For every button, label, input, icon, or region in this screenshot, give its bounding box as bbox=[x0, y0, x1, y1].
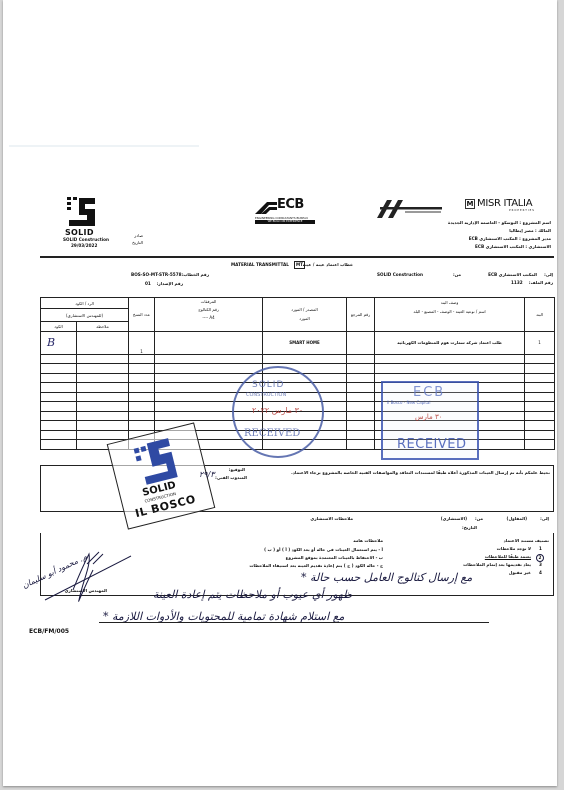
signature-scribble-icon bbox=[43, 550, 133, 610]
rep-label: المندوب الفني: bbox=[213, 475, 247, 481]
empty-cell bbox=[347, 421, 375, 431]
empty-cell bbox=[525, 373, 555, 383]
empty-cell bbox=[129, 402, 155, 412]
footer-divider bbox=[99, 622, 489, 623]
empty-table-row bbox=[41, 354, 555, 364]
code-label: يعاد تقديمها بعد إتمام الملاحظات bbox=[443, 562, 531, 568]
project-owner: المالك : مصر إيطاليا bbox=[423, 228, 551, 234]
source-title: المصدر / المورد bbox=[263, 305, 346, 314]
reply-to-value: (المقاول) bbox=[497, 516, 527, 522]
empty-cell bbox=[347, 392, 375, 402]
empty-cell bbox=[77, 383, 129, 393]
stamp-circle-middle: CONSTRUCTION bbox=[246, 392, 286, 398]
solid-logo-text: SOLID bbox=[65, 228, 94, 237]
description-title: وصف البند bbox=[375, 298, 524, 307]
ecb-logo-icon bbox=[255, 199, 277, 215]
stamp-circle-top: SOLID bbox=[252, 380, 284, 390]
empty-cell bbox=[129, 383, 155, 393]
reply-date-label: التاريخ: bbox=[453, 525, 477, 531]
misr-italia-text: MISR ITALIA bbox=[477, 198, 532, 209]
issued-label: صادر bbox=[121, 233, 143, 239]
empty-cell bbox=[375, 354, 525, 364]
col-header-copies: عدد النسخ bbox=[129, 298, 155, 332]
codes-title: تصنيف مستند الاعتماد bbox=[503, 538, 549, 544]
letter-no-label: رقم الخطاب: bbox=[179, 272, 209, 278]
to-value: المكتب الاستشاري ECB bbox=[485, 272, 537, 278]
solid-logo-icon bbox=[61, 196, 101, 230]
header-divider bbox=[40, 256, 554, 258]
project-consultant: الاستشاري : المكتب الاستشاري ECB bbox=[423, 244, 551, 250]
empty-cell bbox=[77, 430, 129, 440]
empty-cell bbox=[525, 411, 555, 421]
reply-from-value: (الاستشاري) bbox=[431, 516, 467, 522]
col-header-description: وصف البند اسم / نوعية العينة - الوصف - ا… bbox=[375, 298, 525, 332]
misr-italia-subtitle: PROPERTIES bbox=[509, 209, 535, 212]
stamp-signature: ٢٩/٣ bbox=[199, 470, 215, 479]
attachment-catalog-no: رقم الكتالوج bbox=[155, 306, 262, 314]
important-note-2: ب - الاحتفاظ بالعينات المعتمدة بموقع الم… bbox=[243, 555, 383, 561]
description-sub: اسم / نوعية العينة - الوصف - المصنع - ال… bbox=[375, 307, 524, 316]
row-copies: 1 bbox=[129, 331, 155, 354]
code-number: 3 bbox=[539, 562, 542, 568]
project-manager: مدير المشروع : المكتب الاستشاري ECB bbox=[423, 236, 551, 242]
empty-cell bbox=[129, 392, 155, 402]
ecb-logo-text: ECB bbox=[277, 197, 304, 212]
misr-italia-logo: M MISR ITALIA PROPERTIES bbox=[465, 198, 551, 212]
document-date: 29/03/2022 bbox=[71, 243, 97, 249]
empty-cell bbox=[41, 354, 77, 364]
empty-cell bbox=[525, 402, 555, 412]
table-row: B 1 SMART HOME طلب اعتماد شركة سمارت هوم… bbox=[41, 331, 555, 354]
empty-cell bbox=[525, 392, 555, 402]
empty-cell bbox=[77, 402, 129, 412]
code-label: يعتمد طبقًا للملاحظات bbox=[443, 554, 531, 560]
empty-cell bbox=[77, 421, 129, 431]
row-description: طلب اعتماد شركة سمارت هوم للمنظومات الكه… bbox=[375, 331, 525, 354]
empty-cell bbox=[77, 354, 129, 364]
col-header-code: الكود bbox=[41, 322, 77, 332]
to-label: إلى: bbox=[539, 272, 553, 278]
row-notes bbox=[77, 331, 129, 354]
empty-cell bbox=[41, 392, 77, 402]
reply-to-label: إلى: bbox=[533, 516, 549, 522]
row-item-no: 1 bbox=[525, 331, 555, 354]
empty-cell bbox=[347, 430, 375, 440]
handwritten-note-2: ظهور أي عيوب أو ملاحظات يتم إعادة العينة bbox=[153, 588, 352, 601]
empty-cell bbox=[525, 364, 555, 374]
empty-cell bbox=[347, 364, 375, 374]
col-header-source: المصدر / المورد المورد bbox=[263, 298, 347, 332]
ecb-received-stamp: ECB Il Bosco - New Capital ٣٠ مارس RECEI… bbox=[381, 381, 479, 460]
solid-construction-logo: SOLID SOLID Construction 29/03/2022 bbox=[61, 196, 101, 246]
empty-cell bbox=[347, 411, 375, 421]
empty-cell bbox=[347, 354, 375, 364]
scan-artifact bbox=[9, 145, 199, 147]
project-name: اسم المشروع : البوسكو - العاصمة الإدارية… bbox=[423, 220, 551, 226]
empty-cell bbox=[41, 430, 77, 440]
empty-cell bbox=[347, 440, 375, 450]
stamp-circle-bottom: RECEIVED bbox=[244, 428, 300, 439]
from-value: SOLID Construction bbox=[377, 272, 423, 278]
source-sub: المورد bbox=[263, 314, 346, 323]
code-label: لا توجد ملاحظات bbox=[443, 546, 531, 552]
date-label: التاريخ bbox=[121, 240, 143, 246]
stamp-circle-date: ٣٠ مارس ٢٠٢٢ bbox=[252, 406, 303, 415]
col-header-action: الرد / الكود bbox=[41, 298, 129, 309]
submission-no-label: رقم الإصدار: bbox=[153, 281, 183, 287]
form-title-en: MATERIAL TRANSMITTAL bbox=[231, 262, 289, 268]
stamp-rect-bottom: RECEIVED bbox=[397, 437, 467, 452]
empty-cell bbox=[155, 354, 263, 364]
table-header-row: الرد / الكود عدد النسخ المرفقات رقم الكت… bbox=[41, 298, 555, 309]
code-number: 1 bbox=[539, 546, 542, 552]
empty-cell bbox=[129, 364, 155, 374]
row-attachment bbox=[155, 331, 263, 354]
empty-cell bbox=[525, 440, 555, 450]
consultant-notes-label: ملاحظات الاستشاري bbox=[293, 516, 353, 522]
sign-label: التوقيع: bbox=[225, 467, 245, 473]
reply-from-label: من: bbox=[469, 516, 483, 522]
important-notes-title: ملاحظات هامة bbox=[323, 538, 383, 544]
empty-cell bbox=[77, 364, 129, 374]
empty-cell bbox=[41, 440, 77, 450]
stamp-rect-date: ٣٠ مارس bbox=[415, 413, 443, 421]
stamp-rect-top: ECB bbox=[413, 385, 445, 400]
row-ref bbox=[347, 331, 375, 354]
important-note-3: ج - حالة الكود ( ج ) يتم إعادة تقديم الع… bbox=[243, 563, 383, 569]
empty-cell bbox=[525, 430, 555, 440]
empty-cell bbox=[41, 373, 77, 383]
col-header-item-no: البند bbox=[525, 298, 555, 332]
col-header-action-sub: (للمهندس الاستشاري) bbox=[41, 309, 129, 322]
empty-cell bbox=[129, 411, 155, 421]
important-note-1: أ - يتم استعمال العينات في حالة أو بعد ا… bbox=[243, 547, 383, 553]
ecb-logo-tagline: WE BUILD ON EXPERIENCE bbox=[255, 220, 315, 224]
empty-cell bbox=[41, 411, 77, 421]
ecb-logo: ECB ENGINEERING CONSULTANTS BUREAU WE BU… bbox=[255, 197, 319, 227]
row-source: SMART HOME bbox=[263, 331, 347, 354]
empty-cell bbox=[77, 392, 129, 402]
col-header-notes: ملاحظة bbox=[77, 322, 129, 332]
from-label: من: bbox=[447, 272, 461, 278]
empty-cell bbox=[525, 383, 555, 393]
empty-cell bbox=[41, 421, 77, 431]
code-number: 2 bbox=[536, 554, 544, 562]
empty-cell bbox=[347, 402, 375, 412]
attachment-title: المرفقات bbox=[155, 298, 262, 306]
hh-logo-icon bbox=[375, 198, 445, 220]
handwritten-note-1: * مع إرسال كتالوج العامل حسب حالة bbox=[301, 571, 472, 584]
document-page: SOLID SOLID Construction 29/03/2022 صادر… bbox=[3, 0, 557, 786]
empty-cell bbox=[155, 364, 263, 374]
col-header-attachment: المرفقات رقم الكتالوج ---- A4 bbox=[155, 298, 263, 332]
code-number: 4 bbox=[539, 570, 542, 576]
empty-cell bbox=[375, 364, 525, 374]
empty-cell bbox=[129, 421, 155, 431]
empty-cell bbox=[263, 354, 347, 364]
solid-received-stamp: SOLID CONSTRUCTION ٣٠ مارس ٢٠٢٢ RECEIVED bbox=[232, 366, 324, 458]
empty-cell bbox=[525, 354, 555, 364]
empty-cell bbox=[77, 373, 129, 383]
empty-cell bbox=[41, 364, 77, 374]
form-title-ar: خطاب اعتماد عينة / عينة bbox=[305, 262, 353, 268]
form-code: ECB/FM/005 bbox=[29, 628, 69, 635]
attachment-size: ---- A4 bbox=[155, 314, 262, 322]
empty-cell bbox=[41, 383, 77, 393]
empty-cell bbox=[347, 383, 375, 393]
hh-logo bbox=[375, 198, 445, 220]
stamp-rect-middle: Il Bosco - New Capital bbox=[387, 400, 431, 405]
empty-cell bbox=[129, 373, 155, 383]
empty-cell bbox=[525, 421, 555, 431]
misr-italia-icon: M bbox=[465, 199, 475, 209]
file-no-value: 1132 bbox=[511, 280, 523, 286]
letter-no-value: BOS-SO-MT-STR-5578 bbox=[131, 272, 182, 278]
submission-no-value: 01 bbox=[145, 281, 151, 287]
row-code: B bbox=[41, 331, 77, 354]
submission-note: نحيط علمكم بأنه تم إرسال العينات المذكور… bbox=[265, 470, 550, 476]
empty-cell bbox=[41, 402, 77, 412]
file-no-label: رقم الملف: bbox=[529, 280, 553, 286]
empty-cell bbox=[77, 411, 129, 421]
col-header-ref: رقم المرجع bbox=[347, 298, 375, 332]
empty-cell bbox=[129, 354, 155, 364]
empty-cell bbox=[347, 373, 375, 383]
